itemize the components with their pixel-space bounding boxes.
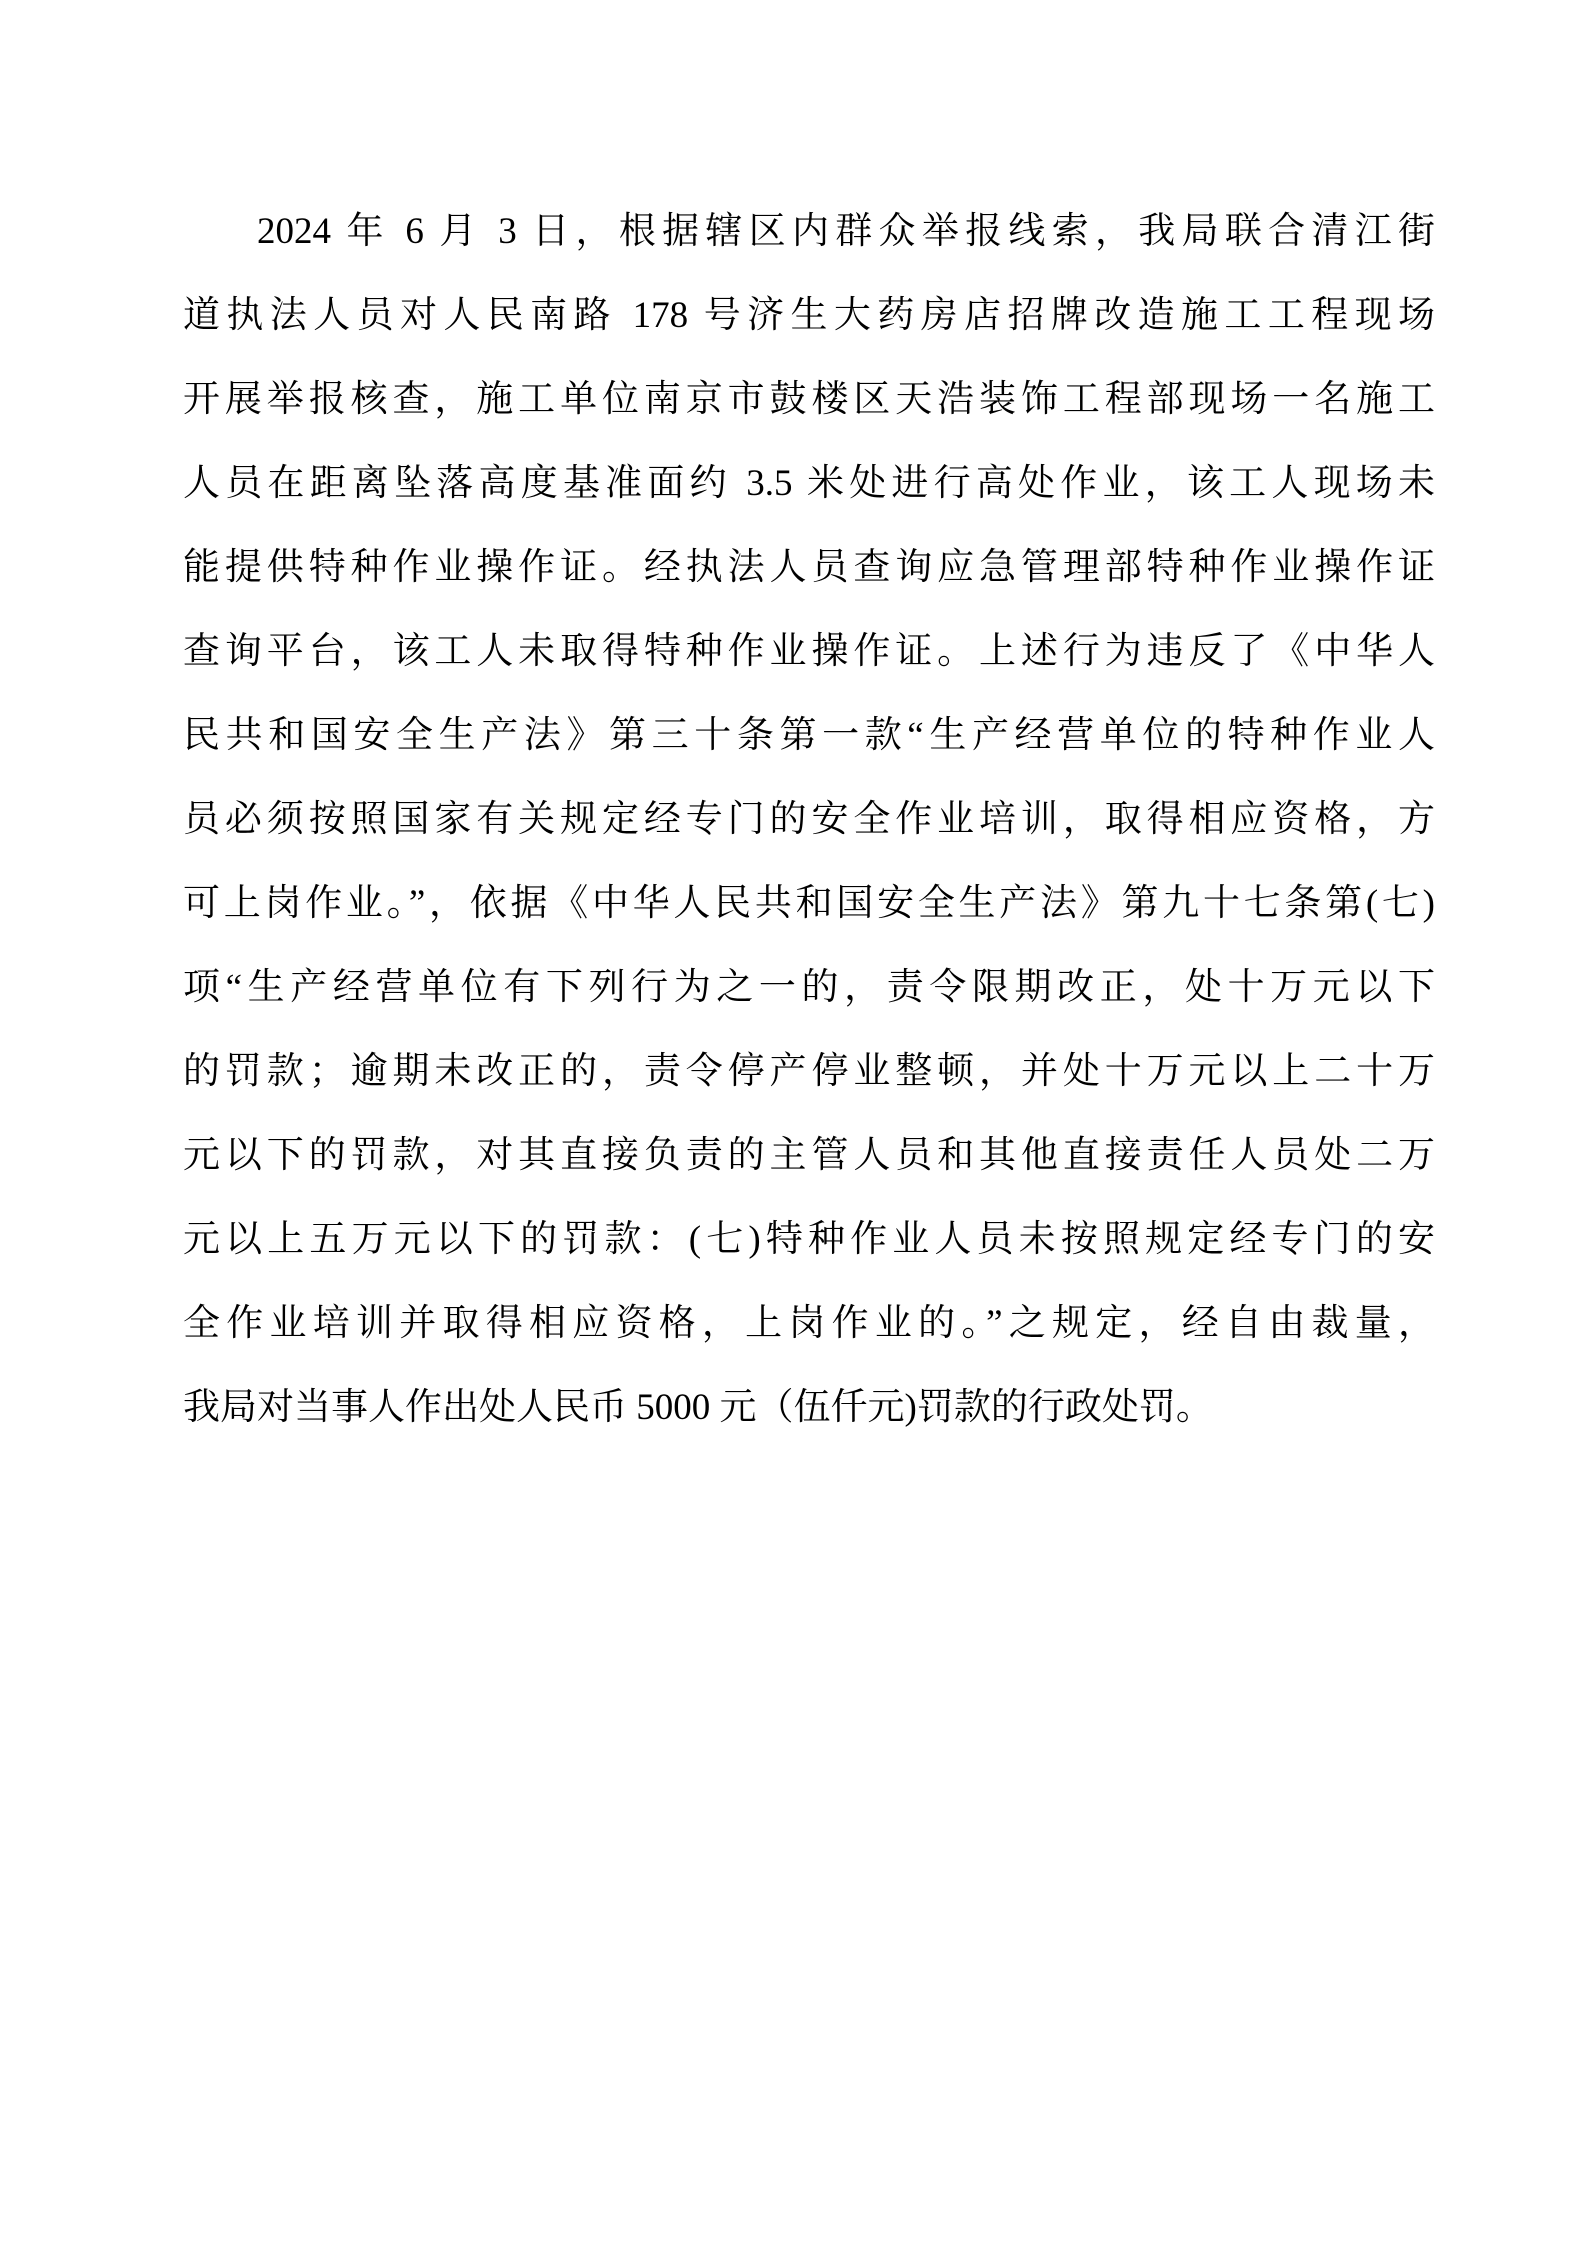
text-line: 查询平台，该工人未取得特种作业操作证。上述行为违反了《中华人 — [183, 610, 1435, 694]
text-line: 道执法人员对人民南路 178 号济生大药房店招牌改造施工工程现场 — [183, 274, 1435, 358]
document-paragraph: 2024 年 6 月 3 日，根据辖区内群众举报线索，我局联合清江街 道执法人员… — [183, 190, 1435, 1450]
text-line: 我局对当事人作出处人民币 5000 元（伍仟元)罚款的行政处罚。 — [183, 1366, 1435, 1450]
text-line: 人员在距离坠落高度基准面约 3.5 米处进行高处作业，该工人现场未 — [183, 442, 1435, 526]
text-line: 民共和国安全生产法》第三十条第一款“生产经营单位的特种作业人 — [183, 694, 1435, 778]
text-line: 元以上五万元以下的罚款：(七)特种作业人员未按照规定经专门的安 — [183, 1198, 1435, 1282]
text-line: 开展举报核查，施工单位南京市鼓楼区天浩装饰工程部现场一名施工 — [183, 358, 1435, 442]
document-page: 2024 年 6 月 3 日，根据辖区内群众举报线索，我局联合清江街 道执法人员… — [0, 0, 1587, 2245]
text-line: 的罚款；逾期未改正的，责令停产停业整顿，并处十万元以上二十万 — [183, 1030, 1435, 1114]
text-line: 2024 年 6 月 3 日，根据辖区内群众举报线索，我局联合清江街 — [183, 190, 1435, 274]
text-line: 可上岗作业。”，依据《中华人民共和国安全生产法》第九十七条第(七) — [183, 862, 1435, 946]
text-line: 员必须按照国家有关规定经专门的安全作业培训，取得相应资格，方 — [183, 778, 1435, 862]
text-line: 项“生产经营单位有下列行为之一的，责令限期改正，处十万元以下 — [183, 946, 1435, 1030]
text-line: 元以下的罚款，对其直接负责的主管人员和其他直接责任人员处二万 — [183, 1114, 1435, 1198]
text-line: 能提供特种作业操作证。经执法人员查询应急管理部特种作业操作证 — [183, 526, 1435, 610]
text-line: 全作业培训并取得相应资格，上岗作业的。”之规定，经自由裁量， — [183, 1282, 1435, 1366]
